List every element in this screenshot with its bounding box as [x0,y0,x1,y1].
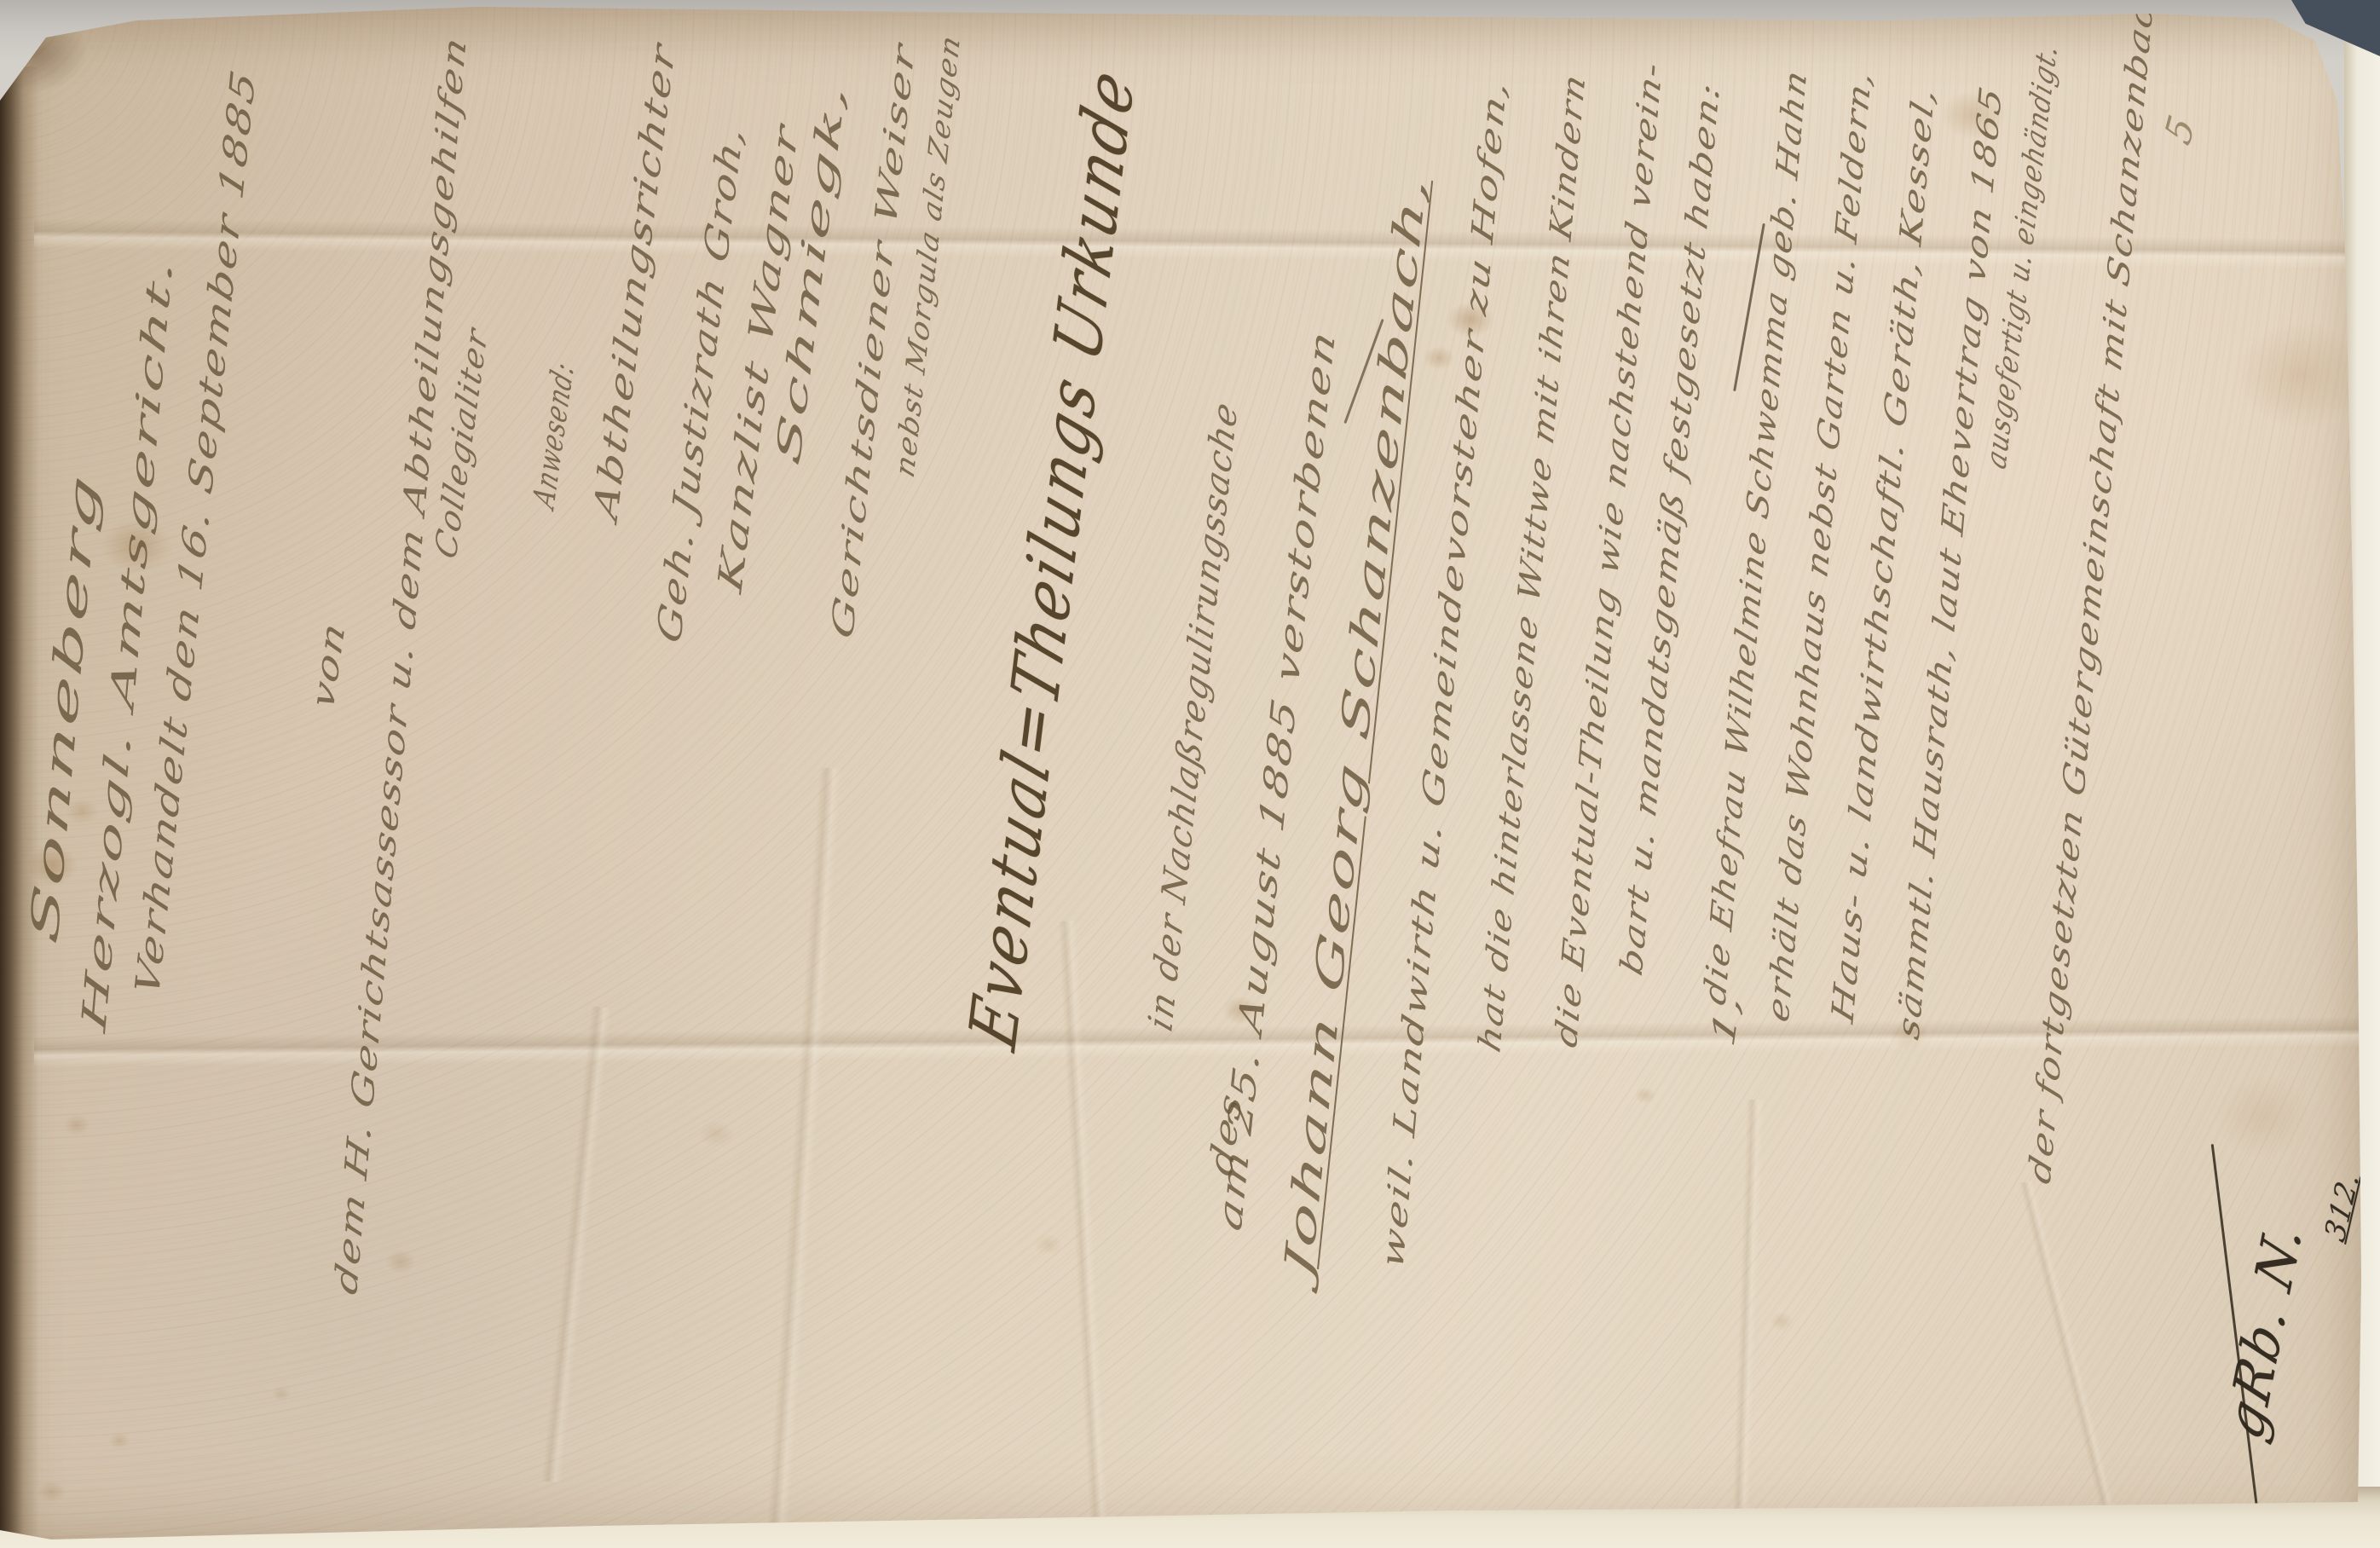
photo-of-manuscript: SonnebergHerzogl. Amtsgericht.Verhandelt… [0,0,2380,1548]
manuscript-paper: SonnebergHerzogl. Amtsgericht.Verhandelt… [0,0,2380,1548]
